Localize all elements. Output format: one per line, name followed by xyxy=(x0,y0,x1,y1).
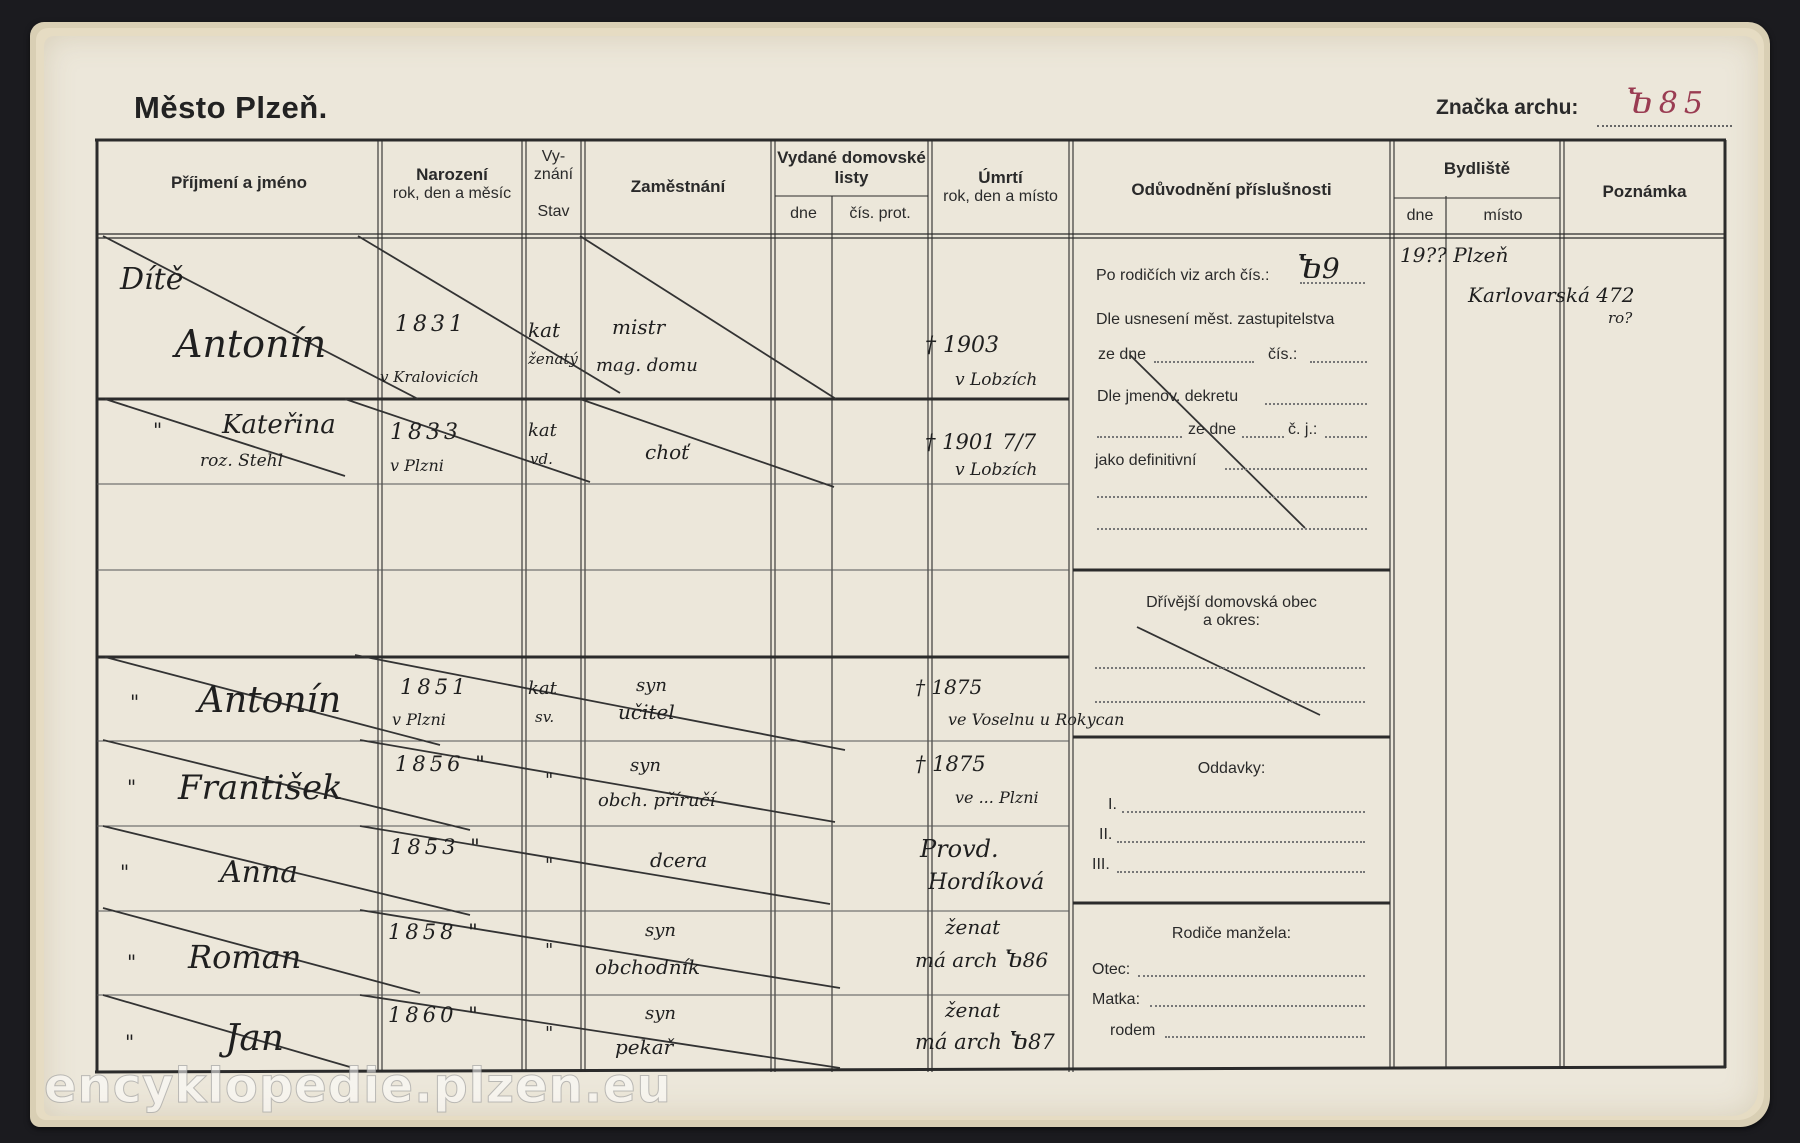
entry-2-religion: kat xyxy=(528,678,557,699)
entry-3-occupation-2: obch. příručí xyxy=(598,790,715,811)
council-number-dots xyxy=(1310,361,1367,363)
col-header-issued-number: čís. prot. xyxy=(832,205,928,223)
entry-4-death: Provd. xyxy=(920,835,999,863)
col-header-issued-certificates: Vydané domovské listy xyxy=(775,148,928,189)
col-header-justification: Odůvodnění příslušnosti xyxy=(1073,180,1390,200)
col-header-occupation: Zaměstnání xyxy=(585,177,771,197)
entry-6-prefix: " xyxy=(125,1030,134,1054)
mother-dots xyxy=(1150,1005,1365,1007)
watermark-text: encyklopedie.plzen.eu xyxy=(44,1058,672,1114)
entry-1-birth-place: v Plzni xyxy=(390,456,444,475)
entry-1-name: Kateřina xyxy=(222,410,336,440)
entry-2-occupation-2: učitel xyxy=(618,700,675,724)
marriage-3-label: III. xyxy=(1092,856,1110,874)
decree-date-dots xyxy=(1242,436,1284,438)
previous-home-label: Dřívější domovská obeca okres: xyxy=(1073,594,1390,631)
spouse-parents-label: Rodiče manžela: xyxy=(1073,925,1390,943)
entry-3-occupation: syn xyxy=(630,755,661,776)
entry-4-death-place: Hordíková xyxy=(928,870,1044,895)
col-header-note: Poznámka xyxy=(1564,182,1725,202)
entry-2-occupation: syn xyxy=(636,675,667,696)
residence-line-2: Karlovarská 472 xyxy=(1468,283,1634,307)
decree-cj-dots xyxy=(1325,436,1367,438)
marriage-3-dots xyxy=(1117,871,1365,873)
marriage-2-dots xyxy=(1117,841,1365,843)
entry-4-prefix: " xyxy=(120,860,129,884)
entry-5-occupation-2: obchodník xyxy=(595,955,700,979)
residence-line-1: 19?? Plzeň xyxy=(1400,243,1508,267)
council-number-label: čís.: xyxy=(1268,346,1297,364)
justification-extra-line-2 xyxy=(1097,528,1367,530)
entry-6-death-place: má arch Ⴆ87 xyxy=(915,1030,1055,1054)
entry-0-status: ženatý xyxy=(528,350,578,368)
entry-3-name: František xyxy=(178,768,343,808)
entry-6-birth: 1860 " xyxy=(388,1003,482,1027)
entry-5-prefix: " xyxy=(127,950,136,974)
col-header-issued-day: dne xyxy=(775,205,832,223)
entry-4-name: Anna xyxy=(220,855,298,890)
entry-1-religion: kat xyxy=(528,420,557,441)
entry-6-occupation-2: pekař xyxy=(615,1035,673,1059)
entry-3-death: † 1875 xyxy=(915,752,986,776)
previous-home-line-1 xyxy=(1095,667,1365,669)
entry-2-birth-place: v Plzni xyxy=(392,710,446,729)
parents-sheet-label: Po rodičích viz arch čís.: xyxy=(1096,267,1269,285)
col-header-death: Úmrtírok, den a místo xyxy=(932,168,1069,207)
entry-1-prefix: " xyxy=(153,418,162,442)
col-header-residence-place: místo xyxy=(1446,207,1560,225)
born-dots xyxy=(1165,1036,1365,1038)
entry-0-name: Antonín xyxy=(175,322,326,366)
entry-6-religion: " xyxy=(545,1023,553,1044)
entry-1-death-place: v Lobzích xyxy=(955,460,1037,480)
marriage-1-dots xyxy=(1122,811,1365,813)
entry-3-religion: " xyxy=(545,770,553,791)
decree-label: Dle jmenov. dekretu xyxy=(1097,388,1238,406)
marriage-1-label: I. xyxy=(1108,796,1117,814)
justification-extra-line-1 xyxy=(1097,496,1367,498)
parents-sheet-value: Ⴆ9 xyxy=(1296,252,1340,285)
entry-5-death-place: má arch Ⴆ86 xyxy=(915,948,1048,972)
entry-5-occupation: syn xyxy=(645,920,676,941)
col-header-residence-day: dne xyxy=(1394,207,1446,225)
decree-cj-label: č. j.: xyxy=(1288,421,1317,439)
entry-1-birth: 1833 xyxy=(390,420,462,445)
definitive-dots xyxy=(1225,468,1367,470)
entry-6-death: ženat xyxy=(945,998,1000,1022)
entry-1-occupation: choť xyxy=(645,440,689,464)
definitive-label: jako definitivní xyxy=(1095,452,1196,470)
council-date-label: ze dne xyxy=(1098,346,1146,364)
entry-3-prefix: " xyxy=(127,775,136,799)
marriage-2-label: II. xyxy=(1099,826,1112,844)
entry-2-status: sv. xyxy=(535,708,554,726)
entry-4-birth: 1853 " xyxy=(390,835,484,859)
entry-0-death-place: v Lobzích xyxy=(955,370,1037,390)
entry-2-prefix: " xyxy=(130,690,139,714)
decree-date-label: ze dne xyxy=(1188,421,1236,439)
born-label: rodem xyxy=(1110,1022,1155,1040)
entry-3-death-place: ve ... Plzni xyxy=(955,788,1039,807)
entry-5-birth: 1858 " xyxy=(388,920,482,944)
entry-0-occupation: mistr xyxy=(612,315,665,339)
entry-4-religion: " xyxy=(545,855,553,876)
marriages-label: Oddavky: xyxy=(1073,760,1390,778)
col-header-religion: Vy- znání xyxy=(526,148,581,185)
col-header-name: Příjmení a jméno xyxy=(100,173,378,193)
entry-2-death: † 1875 xyxy=(915,675,982,699)
entry-0-death: † 1903 xyxy=(925,333,999,358)
council-resolution-label: Dle usnesení měst. zastupitelstva xyxy=(1096,311,1334,329)
entry-1-status: vd. xyxy=(530,450,553,468)
father-dots xyxy=(1138,975,1365,977)
entry-1-name-2: roz. Stehl xyxy=(200,451,283,471)
father-label: Otec: xyxy=(1092,961,1130,979)
entry-4-occupation: dcera xyxy=(650,848,707,872)
entry-5-death: ženat xyxy=(945,915,1000,939)
entry-1-death: † 1901 7/7 xyxy=(925,430,1036,454)
entry-0-occupation-2: mag. domu xyxy=(596,355,698,376)
entry-2-name: Antonín xyxy=(198,680,341,721)
decree-dots xyxy=(1265,403,1367,405)
col-header-residence: Bydliště xyxy=(1394,159,1560,179)
entry-5-religion: " xyxy=(545,940,553,961)
entry-6-name: Jan xyxy=(225,1018,284,1059)
entry-0-birth-place: v Kralovicích xyxy=(380,368,479,386)
col-header-status: Stav xyxy=(526,203,581,221)
entry-6-occupation: syn xyxy=(645,1003,676,1024)
entry-2-death-place: ve Voselnu u Rokycan xyxy=(948,710,1124,729)
decree-prefix-dots xyxy=(1097,436,1182,438)
entry-0-religion: kat xyxy=(528,318,560,342)
entry-5-name: Roman xyxy=(188,938,301,976)
residence-line-3: ro? xyxy=(1608,309,1632,327)
mother-label: Matka: xyxy=(1092,991,1140,1009)
col-header-birth: Narozenírok, den a měsíc xyxy=(382,165,522,204)
entry-3-birth: 1856 " xyxy=(395,752,489,776)
entry-2-birth: 1851 xyxy=(400,675,469,699)
previous-home-line-2 xyxy=(1095,701,1365,703)
entry-0-birth: 1831 xyxy=(395,312,467,337)
council-date-dots xyxy=(1154,361,1254,363)
entry-0-prefix: Dítě xyxy=(120,262,183,297)
